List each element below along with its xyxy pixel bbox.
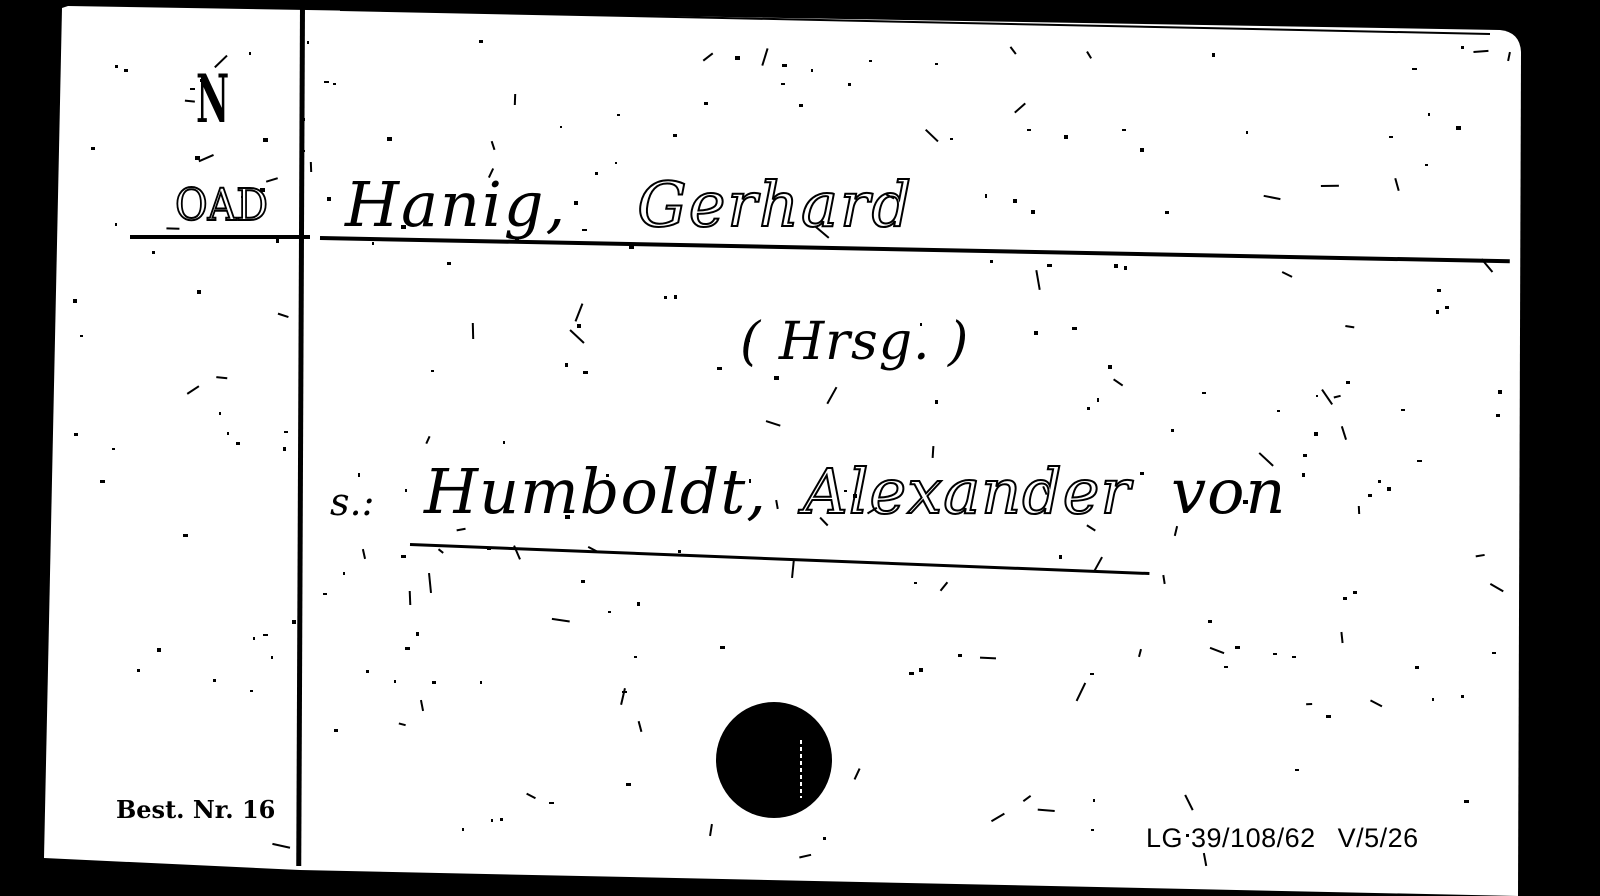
main-entry-given-name: Gerhard	[637, 168, 913, 241]
editor-qualifier: ( Hrsg. )	[740, 312, 969, 372]
see-reference-entry: Humboldt,Alexandervon	[424, 455, 1286, 528]
section-code: OAD	[175, 180, 268, 231]
catalog-code-left: LG 39/108/62	[1146, 823, 1316, 853]
index-letter: N	[196, 60, 229, 138]
main-entry-heading: Hanig,Gerhard	[345, 168, 913, 241]
catalog-code-stamp: LG 39/108/62V/5/26	[1146, 823, 1419, 854]
reference-particle: von	[1171, 455, 1286, 528]
catalog-card: N OAD Hanig,Gerhard ( Hrsg. ) s.: Humbol…	[0, 0, 1600, 896]
stock-number-stamp: Best. Nr. 16	[116, 795, 275, 824]
catalog-code-right: V/5/26	[1338, 823, 1419, 853]
main-entry-surname: Hanig,	[345, 168, 567, 241]
reference-surname: Humboldt,	[424, 455, 767, 528]
reference-given-name: Alexander	[803, 455, 1131, 528]
left-header-rule	[130, 235, 310, 239]
see-reference-prefix: s.:	[330, 480, 374, 524]
